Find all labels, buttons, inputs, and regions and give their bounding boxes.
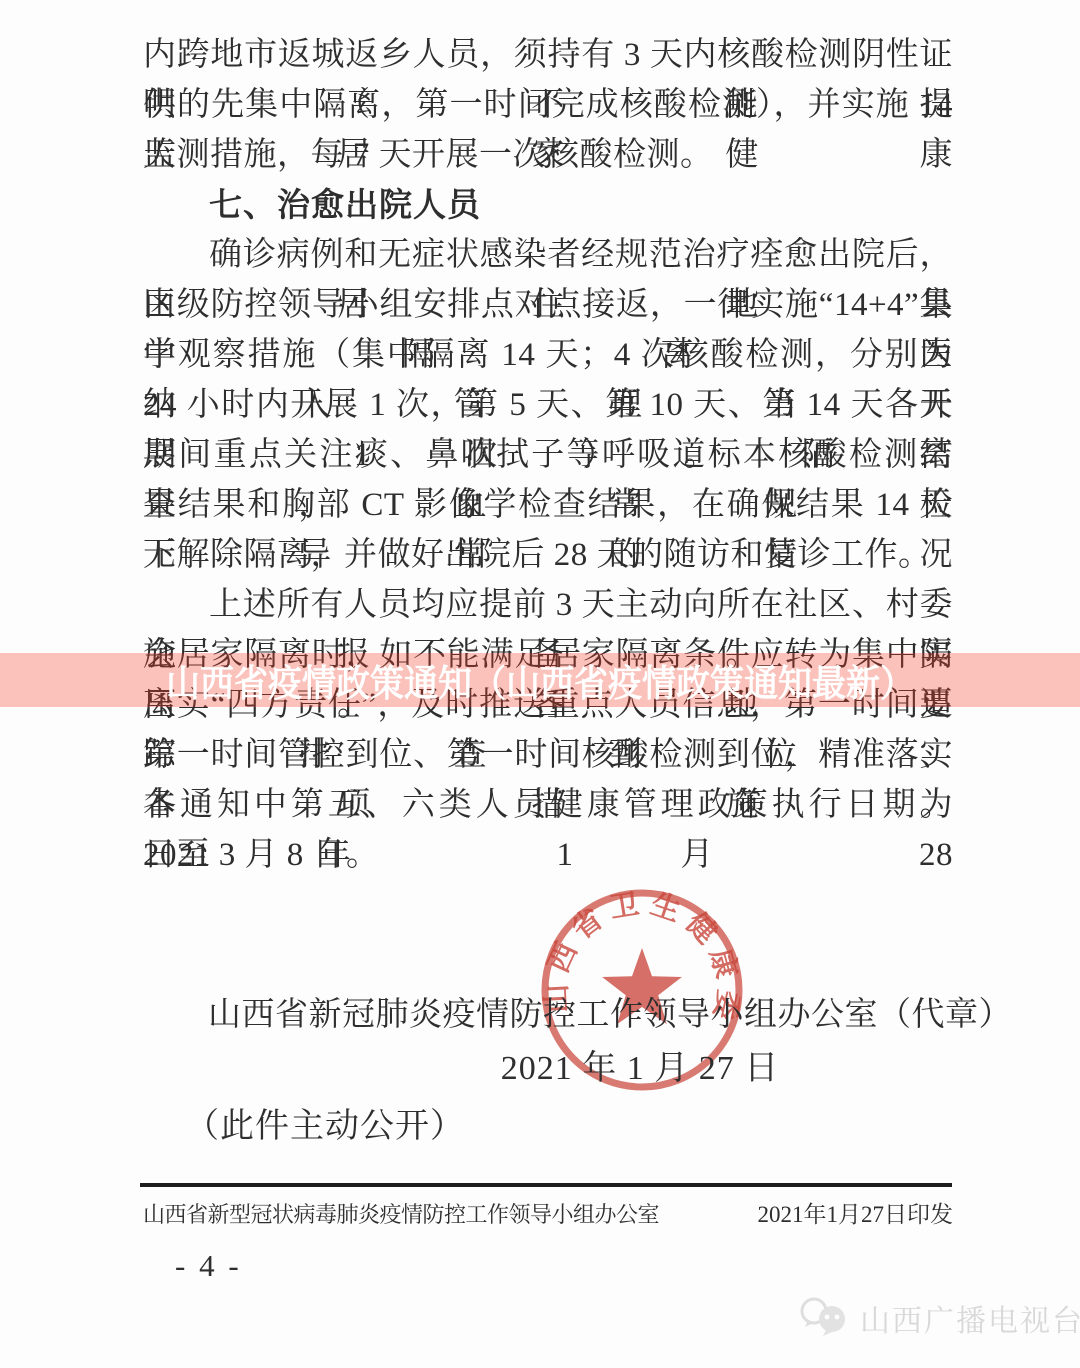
section-heading: 七、治愈出院人员 bbox=[143, 180, 953, 230]
document-body: 内跨地市返城返乡人员，须持有 3 天内核酸检测阴性证明（不能提 供的先集中隔离，… bbox=[143, 30, 953, 880]
body-line: 内跨地市返城返乡人员，须持有 3 天内核酸检测阴性证明（不能提 bbox=[143, 30, 953, 80]
body-line: 下解除隔离，并做好出院后 28 天的随访和复诊工作。 bbox=[143, 530, 953, 580]
disclosure-note: （此件主动公开） bbox=[185, 1098, 465, 1147]
body-line: 上述所有人员均应提前 3 天主动向所在社区、村委会报备。实 bbox=[143, 580, 953, 630]
body-line: 区级防控领导小组安排点对点接返，一律实施“14+4”集中隔离医 bbox=[143, 280, 953, 330]
signature-date: 2021 年 1 月 27 日 bbox=[200, 1040, 1080, 1089]
body-line: 24 小时内开展 1 次，第 5 天、第 10 天、第 14 天各开展 1 次）… bbox=[143, 380, 953, 430]
body-line: 确诊病例和无症状感染者经规范治疗痊愈出院后，由居住地县 bbox=[143, 230, 953, 280]
watermark-label: 山西广播电视台 bbox=[860, 1296, 1080, 1340]
watermark: 山西广播电视台 bbox=[800, 1296, 1080, 1340]
body-line: 学观察措施（集中隔离 14 天；4 次核酸检测，分别为纳入管理当天 bbox=[143, 330, 953, 380]
broadcaster-logo-icon bbox=[800, 1297, 850, 1339]
footer-divider bbox=[140, 1183, 952, 1187]
footer-row: 山西省新型冠状病毒肺炎疫情防控工作领导小组办公室 2021年1月27日印发 bbox=[143, 1196, 953, 1229]
body-line: 本通知中第五、六类人员健康管理政策执行日期为 2021 年 1 月 28 bbox=[143, 780, 953, 830]
body-line: 第一时间管控到位、第一时间核酸检测到位，精准落实各项措施。 bbox=[143, 730, 953, 780]
body-line: 查结果和胸部 CT 影像学检查结果，在确保结果 14 天无异常的情况 bbox=[143, 480, 953, 530]
scanned-document-page: 内跨地市返城返乡人员，须持有 3 天内核酸检测阴性证明（不能提 供的先集中隔离，… bbox=[0, 0, 1080, 1368]
body-line: 供的先集中隔离，第一时间完成核酸检测），并实施 14 天居家健康 bbox=[143, 80, 953, 130]
headline-overlay-band: 山西省疫情政策通知（山西省疫情政策通知最新） bbox=[0, 653, 1080, 707]
body-line: 期间重点关注痰、鼻咽拭子等呼吸道标本核酸检测结果，血常规检 bbox=[143, 430, 953, 480]
page-number: - 4 - bbox=[175, 1248, 242, 1284]
footer-print-date: 2021年1月27日印发 bbox=[758, 1196, 954, 1229]
footer-issuer: 山西省新型冠状病毒肺炎疫情防控工作领导小组办公室 bbox=[143, 1198, 659, 1229]
headline-title: 山西省疫情政策通知（山西省疫情政策通知最新） bbox=[166, 654, 914, 707]
signature-line: 山西省新冠肺炎疫情防控工作领导小组办公室（代章） bbox=[160, 988, 1060, 1035]
